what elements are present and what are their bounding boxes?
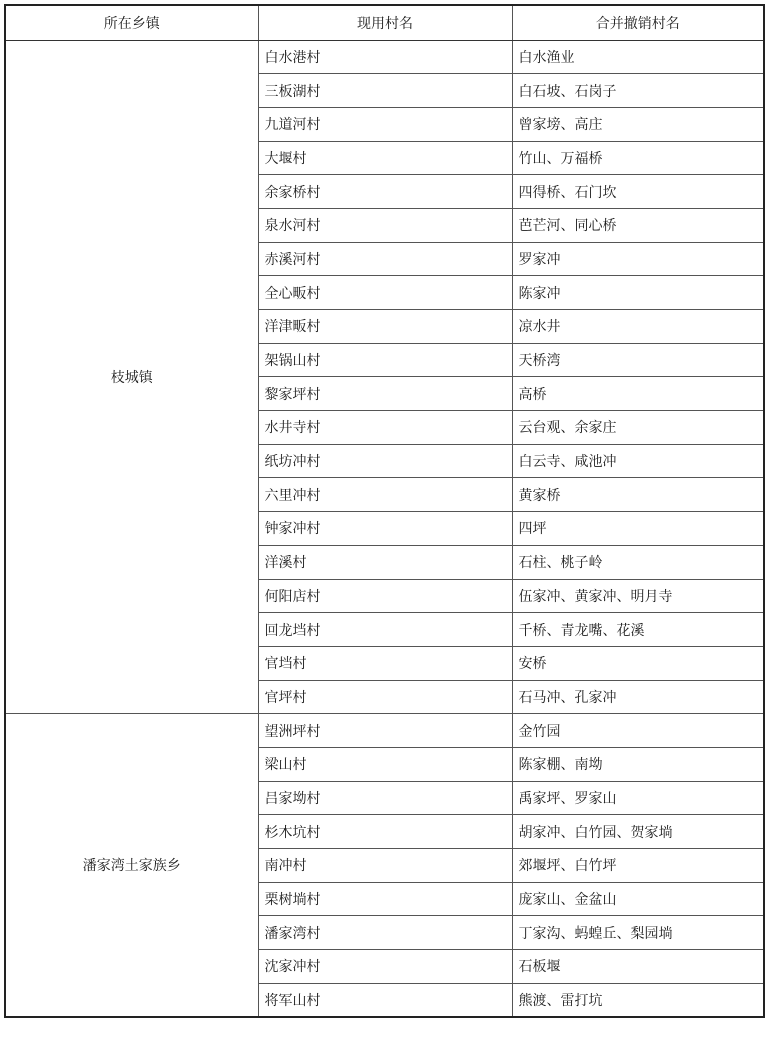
merged-villages-cell: 罗家冲: [512, 242, 764, 276]
current-village-cell: 纸坊冲村: [258, 444, 512, 478]
merged-villages-cell: 竹山、万福桥: [512, 141, 764, 175]
merged-villages-cell: 郊堰坪、白竹坪: [512, 849, 764, 883]
merged-villages-cell: 白水渔业: [512, 40, 764, 74]
current-village-cell: 杉木坑村: [258, 815, 512, 849]
current-village-cell: 沈家冲村: [258, 950, 512, 984]
village-merge-table: 所在乡镇 现用村名 合并撤销村名 枝城镇白水港村白水渔业三板湖村白石坡、石岗子九…: [4, 4, 765, 1018]
current-village-cell: 全心畈村: [258, 276, 512, 310]
current-village-cell: 洋溪村: [258, 545, 512, 579]
merged-villages-cell: 伍家冲、黄家冲、明月寺: [512, 579, 764, 613]
header-row: 所在乡镇 现用村名 合并撤销村名: [5, 5, 764, 40]
merged-villages-cell: 白石坡、石岗子: [512, 74, 764, 108]
merged-villages-cell: 芭芒河、同心桥: [512, 208, 764, 242]
current-village-cell: 梁山村: [258, 747, 512, 781]
current-village-cell: 白水港村: [258, 40, 512, 74]
current-village-cell: 三板湖村: [258, 74, 512, 108]
current-village-cell: 水井寺村: [258, 411, 512, 445]
header-town: 所在乡镇: [5, 5, 258, 40]
current-village-cell: 洋津畈村: [258, 310, 512, 344]
town-cell: 潘家湾土家族乡: [5, 714, 258, 1017]
current-village-cell: 钟家冲村: [258, 512, 512, 546]
town-group: 枝城镇白水港村白水渔业三板湖村白石坡、石岗子九道河村曾家塝、高庄大堰村竹山、万福…: [5, 40, 764, 714]
merged-villages-cell: 白云寺、咸池冲: [512, 444, 764, 478]
merged-villages-cell: 丁家沟、蚂蝗丘、梨园埫: [512, 916, 764, 950]
merged-villages-cell: 熊渡、雷打坑: [512, 983, 764, 1017]
merged-villages-cell: 黄家桥: [512, 478, 764, 512]
current-village-cell: 赤溪河村: [258, 242, 512, 276]
current-village-cell: 潘家湾村: [258, 916, 512, 950]
merged-villages-cell: 千桥、青龙嘴、花溪: [512, 613, 764, 647]
table-row: 潘家湾土家族乡望洲坪村金竹园: [5, 714, 764, 748]
current-village-cell: 望洲坪村: [258, 714, 512, 748]
current-village-cell: 官坪村: [258, 680, 512, 714]
current-village-cell: 泉水河村: [258, 208, 512, 242]
merged-villages-cell: 安桥: [512, 646, 764, 680]
merged-villages-cell: 石板堰: [512, 950, 764, 984]
current-village-cell: 将军山村: [258, 983, 512, 1017]
merged-villages-cell: 禹家坪、罗家山: [512, 781, 764, 815]
town-group: 潘家湾土家族乡望洲坪村金竹园梁山村陈家棚、南坳吕家坳村禹家坪、罗家山杉木坑村胡家…: [5, 714, 764, 1017]
merged-villages-cell: 陈家冲: [512, 276, 764, 310]
merged-villages-cell: 金竹园: [512, 714, 764, 748]
current-village-cell: 官垱村: [258, 646, 512, 680]
current-village-cell: 吕家坳村: [258, 781, 512, 815]
merged-villages-cell: 石马冲、孔家冲: [512, 680, 764, 714]
current-village-cell: 六里冲村: [258, 478, 512, 512]
current-village-cell: 架锅山村: [258, 343, 512, 377]
merged-villages-cell: 胡家冲、白竹园、贺家埫: [512, 815, 764, 849]
merged-villages-cell: 四坪: [512, 512, 764, 546]
current-village-cell: 回龙垱村: [258, 613, 512, 647]
header-current-village: 现用村名: [258, 5, 512, 40]
current-village-cell: 栗树埫村: [258, 882, 512, 916]
table-row: 枝城镇白水港村白水渔业: [5, 40, 764, 74]
merged-villages-cell: 云台观、余家庄: [512, 411, 764, 445]
current-village-cell: 何阳店村: [258, 579, 512, 613]
current-village-cell: 余家桥村: [258, 175, 512, 209]
merged-villages-cell: 庞家山、金盆山: [512, 882, 764, 916]
current-village-cell: 大堰村: [258, 141, 512, 175]
merged-villages-cell: 高桥: [512, 377, 764, 411]
merged-villages-cell: 天桥湾: [512, 343, 764, 377]
merged-villages-cell: 凉水井: [512, 310, 764, 344]
town-cell: 枝城镇: [5, 40, 258, 714]
header-merged-villages: 合并撤销村名: [512, 5, 764, 40]
merged-villages-cell: 陈家棚、南坳: [512, 747, 764, 781]
current-village-cell: 黎家坪村: [258, 377, 512, 411]
merged-villages-cell: 曾家塝、高庄: [512, 107, 764, 141]
current-village-cell: 南冲村: [258, 849, 512, 883]
merged-villages-cell: 石柱、桃子岭: [512, 545, 764, 579]
merged-villages-cell: 四得桥、石门坎: [512, 175, 764, 209]
current-village-cell: 九道河村: [258, 107, 512, 141]
